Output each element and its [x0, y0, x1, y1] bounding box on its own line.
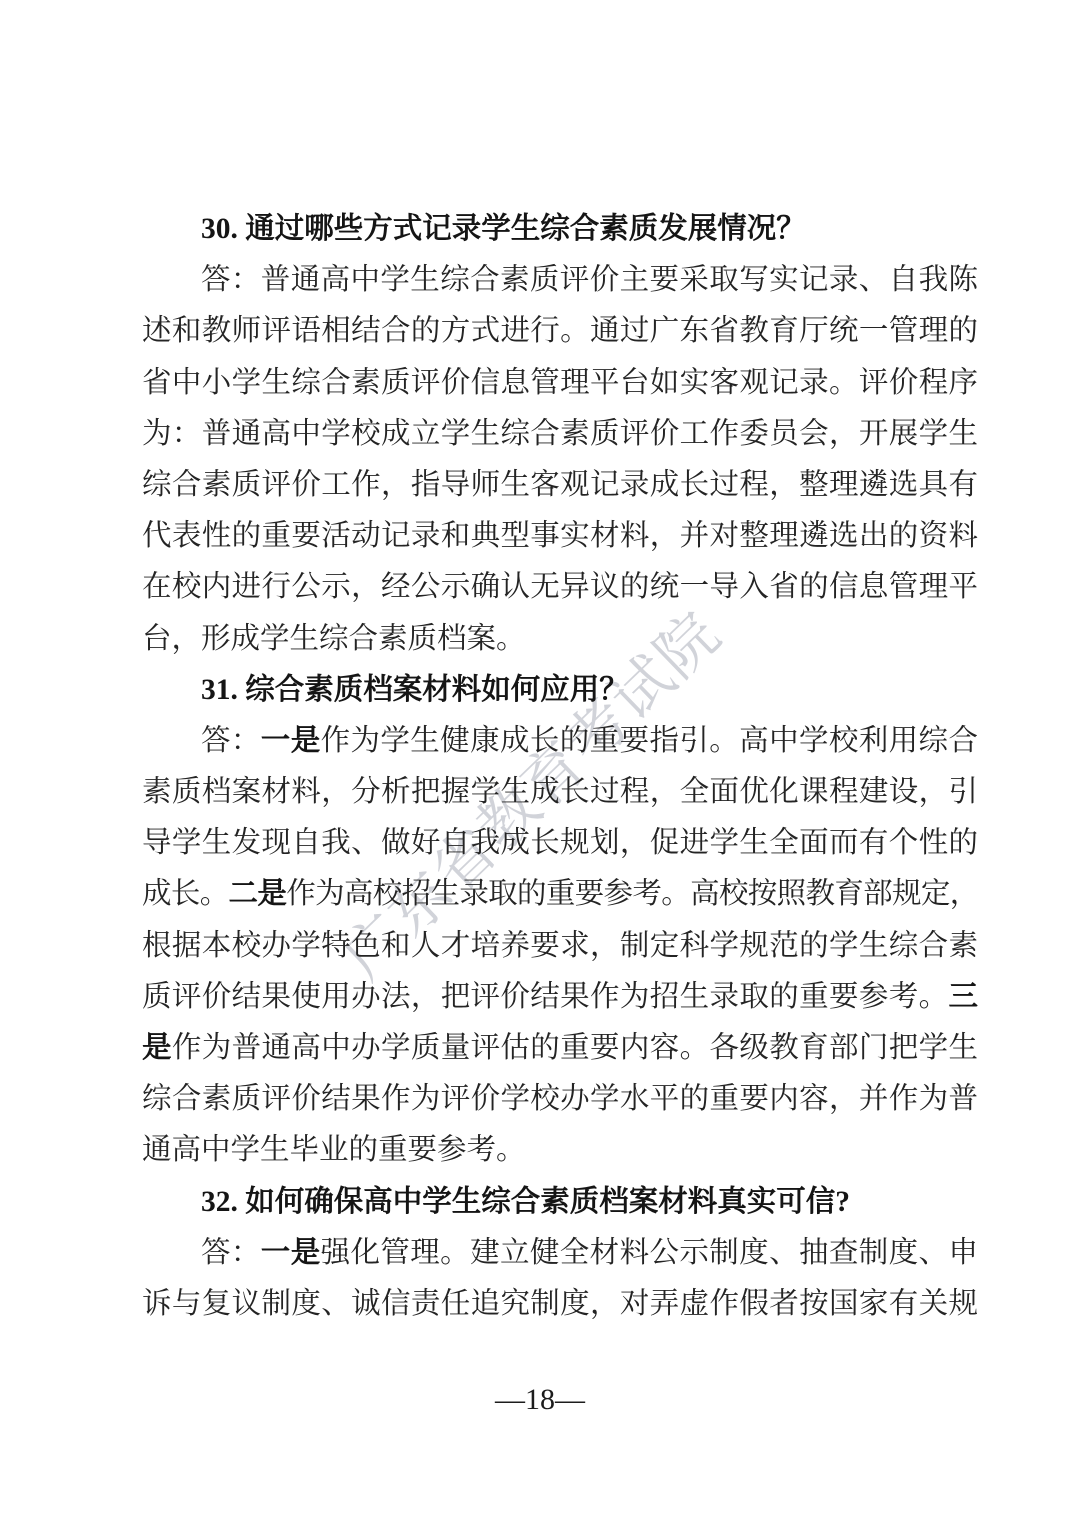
- body-text: 答：: [201, 1237, 261, 1269]
- body-text: 成长。: [142, 878, 229, 910]
- answer-30-paragraph-line: 答：普通高中学生综合素质评价主要采取写实记录、自我陈: [142, 255, 978, 306]
- body-text: 通高中学生毕业的重要参考。: [142, 1134, 526, 1166]
- emphasis-text: 是: [142, 1032, 172, 1064]
- answer-30-paragraph-line: 综合素质评价工作，指导师生客观记录成长过程，整理遴选具有: [142, 460, 978, 511]
- answer-32-paragraph-line: 诉与复议制度、诚信责任追究制度，对弄虚作假者按国家有关规: [142, 1279, 978, 1330]
- body-text: 综合素质评价结果作为评价学校办学水平的重要内容，并作为普: [142, 1083, 978, 1115]
- answer-31-paragraph-line: 导学生发现自我、做好自我成长规划，促进学生全面而有个性的: [142, 818, 978, 869]
- question-32-heading-line: 32. 如何确保高中学生综合素质档案材料真实可信?: [142, 1177, 978, 1228]
- answer-30-paragraph-line: 省中小学生综合素质评价信息管理平台如实客观记录。评价程序: [142, 358, 978, 409]
- answer-31-paragraph-line: 通高中学生毕业的重要参考。: [142, 1125, 978, 1176]
- body-text: 导学生发现自我、做好自我成长规划，促进学生全面而有个性的: [142, 827, 978, 859]
- emphasis-text: 二是: [229, 878, 287, 910]
- answer-31-paragraph-line: 质评价结果使用办法，把评价结果作为招生录取的重要参考。三: [142, 972, 978, 1023]
- answer-30-paragraph-line: 在校内进行公示，经公示确认无异议的统一导入省的信息管理平: [142, 562, 978, 613]
- body-text: 答：普通高中学生综合素质评价主要采取写实记录、自我陈: [201, 264, 978, 296]
- page-number: —18—: [0, 1383, 1080, 1417]
- question-31-heading-line: 31. 综合素质档案材料如何应用？: [142, 665, 978, 716]
- body-text: 在校内进行公示，经公示确认无异议的统一导入省的信息管理平: [142, 571, 978, 603]
- answer-31-paragraph-line: 成长。二是作为高校招生录取的重要参考。高校按照教育部规定，: [142, 869, 978, 920]
- body-text: 素质档案材料，分析把握学生成长过程，全面优化课程建设，引: [142, 776, 978, 808]
- emphasis-text: 一是: [261, 725, 321, 757]
- body-text: 质评价结果使用办法，把评价结果作为招生录取的重要参考。: [142, 981, 948, 1013]
- answer-32-paragraph-line: 答：一是强化管理。建立健全材料公示制度、抽查制度、申: [142, 1228, 978, 1279]
- emphasis-text: 三: [948, 981, 978, 1013]
- emphasis-text: 32. 如何确保高中学生综合素质档案材料真实可信?: [201, 1186, 850, 1218]
- answer-30-paragraph-line: 台，形成学生综合素质档案。: [142, 614, 978, 665]
- emphasis-text: 31. 综合素质档案材料如何应用？: [201, 674, 629, 706]
- emphasis-text: 30. 通过哪些方式记录学生综合素质发展情况？: [201, 213, 806, 245]
- body-text: 强化管理。建立健全材料公示制度、抽查制度、申: [321, 1237, 978, 1269]
- body-text: 台，形成学生综合素质档案。: [142, 623, 526, 655]
- answer-31-paragraph-line: 素质档案材料，分析把握学生成长过程，全面优化课程建设，引: [142, 767, 978, 818]
- answer-30-paragraph-line: 代表性的重要活动记录和典型事实材料，并对整理遴选出的资料: [142, 511, 978, 562]
- body-text: 答：: [201, 725, 261, 757]
- body-text: 述和教师评语相结合的方式进行。通过广东省教育厅统一管理的: [142, 315, 978, 347]
- body-text: 代表性的重要活动记录和典型事实材料，并对整理遴选出的资料: [142, 520, 978, 552]
- body-text: 作为高校招生录取的重要参考。高校按照教育部规定，: [286, 878, 978, 910]
- answer-31-paragraph-line: 综合素质评价结果作为评价学校办学水平的重要内容，并作为普: [142, 1074, 978, 1125]
- emphasis-text: 一是: [261, 1237, 321, 1269]
- document-page: 广东省教育考试院 30. 通过哪些方式记录学生综合素质发展情况？答：普通高中学生…: [0, 0, 1080, 1527]
- body-text: 作为普通高中办学质量评估的重要内容。各级教育部门把学生: [172, 1032, 978, 1064]
- answer-31-paragraph-line: 根据本校办学特色和人才培养要求，制定科学规范的学生综合素: [142, 921, 978, 972]
- body-text: 作为学生健康成长的重要指引。高中学校利用综合: [321, 725, 978, 757]
- body-text: 综合素质评价工作，指导师生客观记录成长过程，整理遴选具有: [142, 469, 978, 501]
- body-text: 为：普通高中学校成立学生综合素质评价工作委员会，开展学生: [142, 418, 978, 450]
- answer-31-paragraph-line: 答：一是作为学生健康成长的重要指引。高中学校利用综合: [142, 716, 978, 767]
- body-text: 省中小学生综合素质评价信息管理平台如实客观记录。评价程序: [142, 367, 978, 399]
- body-text: 根据本校办学特色和人才培养要求，制定科学规范的学生综合素: [142, 930, 978, 962]
- answer-30-paragraph-line: 为：普通高中学校成立学生综合素质评价工作委员会，开展学生: [142, 409, 978, 460]
- body-text: 诉与复议制度、诚信责任追究制度，对弄虚作假者按国家有关规: [142, 1288, 978, 1320]
- document-body: 30. 通过哪些方式记录学生综合素质发展情况？答：普通高中学生综合素质评价主要采…: [142, 204, 978, 1330]
- answer-30-paragraph-line: 述和教师评语相结合的方式进行。通过广东省教育厅统一管理的: [142, 306, 978, 357]
- answer-31-paragraph-line: 是作为普通高中办学质量评估的重要内容。各级教育部门把学生: [142, 1023, 978, 1074]
- question-30-heading-line: 30. 通过哪些方式记录学生综合素质发展情况？: [142, 204, 978, 255]
